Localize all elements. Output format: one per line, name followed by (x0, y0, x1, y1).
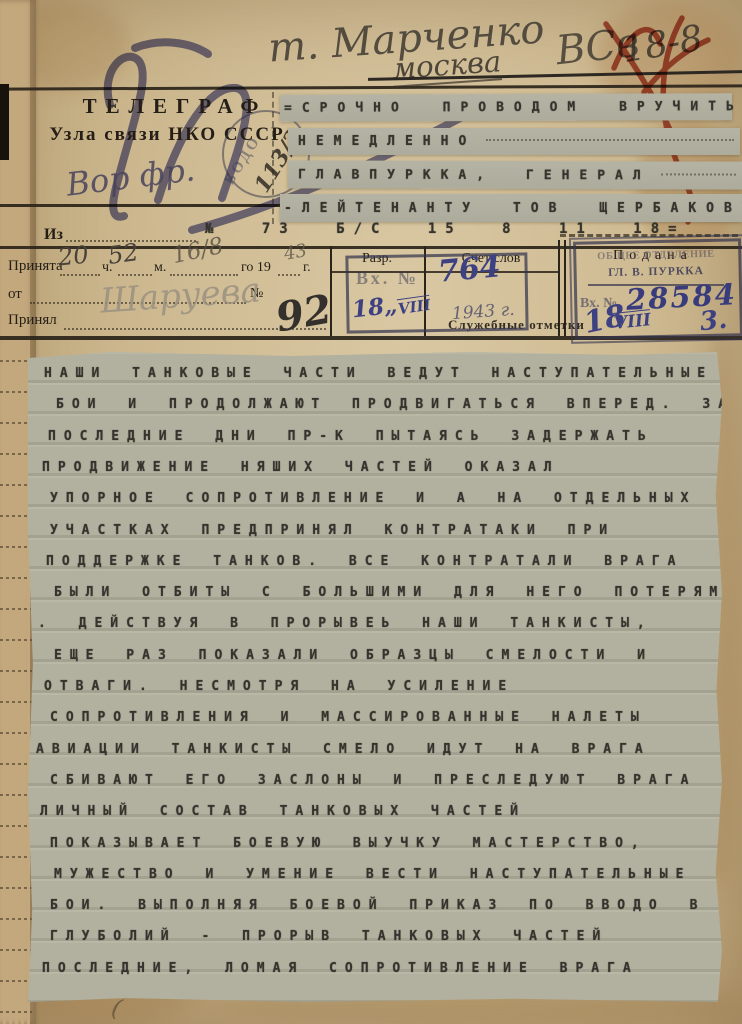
address-strip: НЕМЕДЛЕННО (288, 128, 740, 155)
telegram-body-line: ПОСЛЕДНИЕ ДНИ ПР-К ПЫТАЯСЬ ЗАДЕРЖАТЬ (48, 421, 654, 452)
address-strip: -ЛЕЙТЕНАНТУ ТОВ ЩЕРБАКОВУ (280, 194, 742, 222)
telegram-body-line: УЧАСТКАХ ПРЕДПРИНЯЛ КОНТРАТАКИ ПРИ (50, 515, 615, 546)
telegram-body-line: СБИВАЮТ ЕГО ЗАСЛОНЫ И ПРЕСЛЕДУЮТ ВРАГА (50, 765, 696, 796)
telegram-body-line: ОТВАГИ. НЕСМОТРЯ НА УСИЛЕНИЕ (44, 671, 514, 702)
telegram-body-line: БОИ И ПРОДОЛЖАЮТ ПРОДВИГАТЬСЯ ВПЕРЕД. ЗА (56, 389, 734, 420)
telegram-body-line: БОИ. ВЫПОЛНЯЯ БОЕВОЙ ПРИКАЗ ПО ВВОДО В (50, 890, 705, 921)
telegram-body: НАШИ ТАНКОВЫЕ ЧАСТИ ВЕДУТ НАСТУПАТЕЛЬНЫЕ… (28, 352, 722, 1002)
address-line: ГЛАВПУРККА, ГЕНЕРАЛ (288, 167, 651, 183)
address-strip: ГЛАВПУРККА, ГЕНЕРАЛ (288, 160, 742, 189)
telegram-body-line: НАШИ ТАНКОВЫЕ ЧАСТИ ВЕДУТ НАСТУПАТЕЛЬНЫЕ (44, 358, 713, 389)
vh-stamp-label: Вх. № (356, 268, 419, 289)
tape-dotted-rule (486, 138, 734, 141)
vh-stamp-day: 18„ (351, 292, 399, 324)
year-value: 43 (282, 240, 308, 265)
hours-value: 20 (57, 240, 90, 271)
telegram-body-line: . ДЕЙСТВУЯ В ПРОРЫВЕЬ НАШИ ТАНКИСТЫ, (38, 608, 653, 639)
tape-dotted-rule (661, 172, 736, 175)
telegram-body-line: МУЖЕСТВО И УМЕНИЕ ВЕСТИ НАСТУПАТЕЛЬНЫЕ (54, 859, 691, 890)
address-line: НЕМЕДЛЕННО (288, 134, 476, 149)
telegram-body-line: ЛИЧНЫЙ СОСТАВ ТАНКОВЫХ ЧАСТЕЙ (40, 796, 526, 827)
vh-stamp-number: 764 (437, 249, 502, 289)
telegram-body-line: ГЛУБОЛИЙ - ПРОРЫВ ТАНКОВЫХ ЧАСТЕЙ (50, 921, 608, 952)
number-dashed-rule (560, 222, 738, 237)
operator-number: 92 (272, 286, 335, 342)
prinyal-label: Принял (8, 312, 57, 329)
address-line: -ЛЕЙТЕНАНТУ ТОВ ЩЕРБАКОВУ (280, 201, 742, 216)
podana-mark: 3. (699, 305, 729, 338)
iz-label: Из (44, 226, 63, 244)
minutes-value: 52 (106, 238, 140, 270)
telegram-body-line: ПОДДЕРЖКЕ ТАНКОВ. ВСЕ КОНТРАТАЛИ ВРАГА (46, 546, 683, 577)
telegram-body-line: УПОРНОЕ СОПРОТИВЛЕНИЕ И А НА ОТДЕЛЬНЫХ (50, 483, 696, 514)
ledger-ruled-dashmask (0, 336, 32, 1024)
podana-date-month: VIII (613, 310, 652, 334)
m-label: м. (154, 260, 166, 276)
telegram-body-line: ЕЩЕ РАЗ ПОКАЗАЛИ ОБРАЗЦЫ СМЕЛОСТИ И (54, 640, 653, 671)
telegram-body-line: ПОКАЗЫВАЕТ БОЕВУЮ ВЫУЧКУ МАСТЕРСТВО, (50, 828, 647, 859)
tape-edge-dashed-line (272, 92, 274, 224)
telegram-body-line: СОПРОТИВЛЕНИЯ И МАССИРОВАННЫЕ НАЛЕТЫ (50, 702, 647, 733)
telegram-body-line: ПРОДВИЖЕНИЕ НЯШИХ ЧАСТЕЙ ОКАЗАЛ (42, 452, 560, 483)
telegram-body-line: ПОСЛЕДНИЕ, ЛОМАЯ СОПРОТИВЛЕНИЕ ВРАГА (42, 953, 639, 984)
corner-mark (0, 84, 9, 160)
ot-label: от (8, 286, 22, 303)
address-line: =СРОЧНО ПРОВОДОМ ВРУЧИТЬ (280, 99, 742, 116)
prinyata-label: Принята (8, 258, 63, 275)
address-strip: =СРОЧНО ПРОВОДОМ ВРУЧИТЬ (280, 93, 732, 122)
telegram-document: т. Марченко москва ВСв 18-8 ТЕЛЕГРАФ Узл… (0, 0, 742, 1024)
telegram-body-line: БЫЛИ ОТБИТЫ С БОЛЬШИМИ ДЛЯ НЕГО ПОТЕРЯМИ (54, 577, 741, 608)
telegram-body-line: АВИАЦИИ ТАНКИСТЫ СМЕЛО ИДУТ НА ВРАГА (36, 734, 651, 765)
g-label: г. (303, 260, 311, 276)
